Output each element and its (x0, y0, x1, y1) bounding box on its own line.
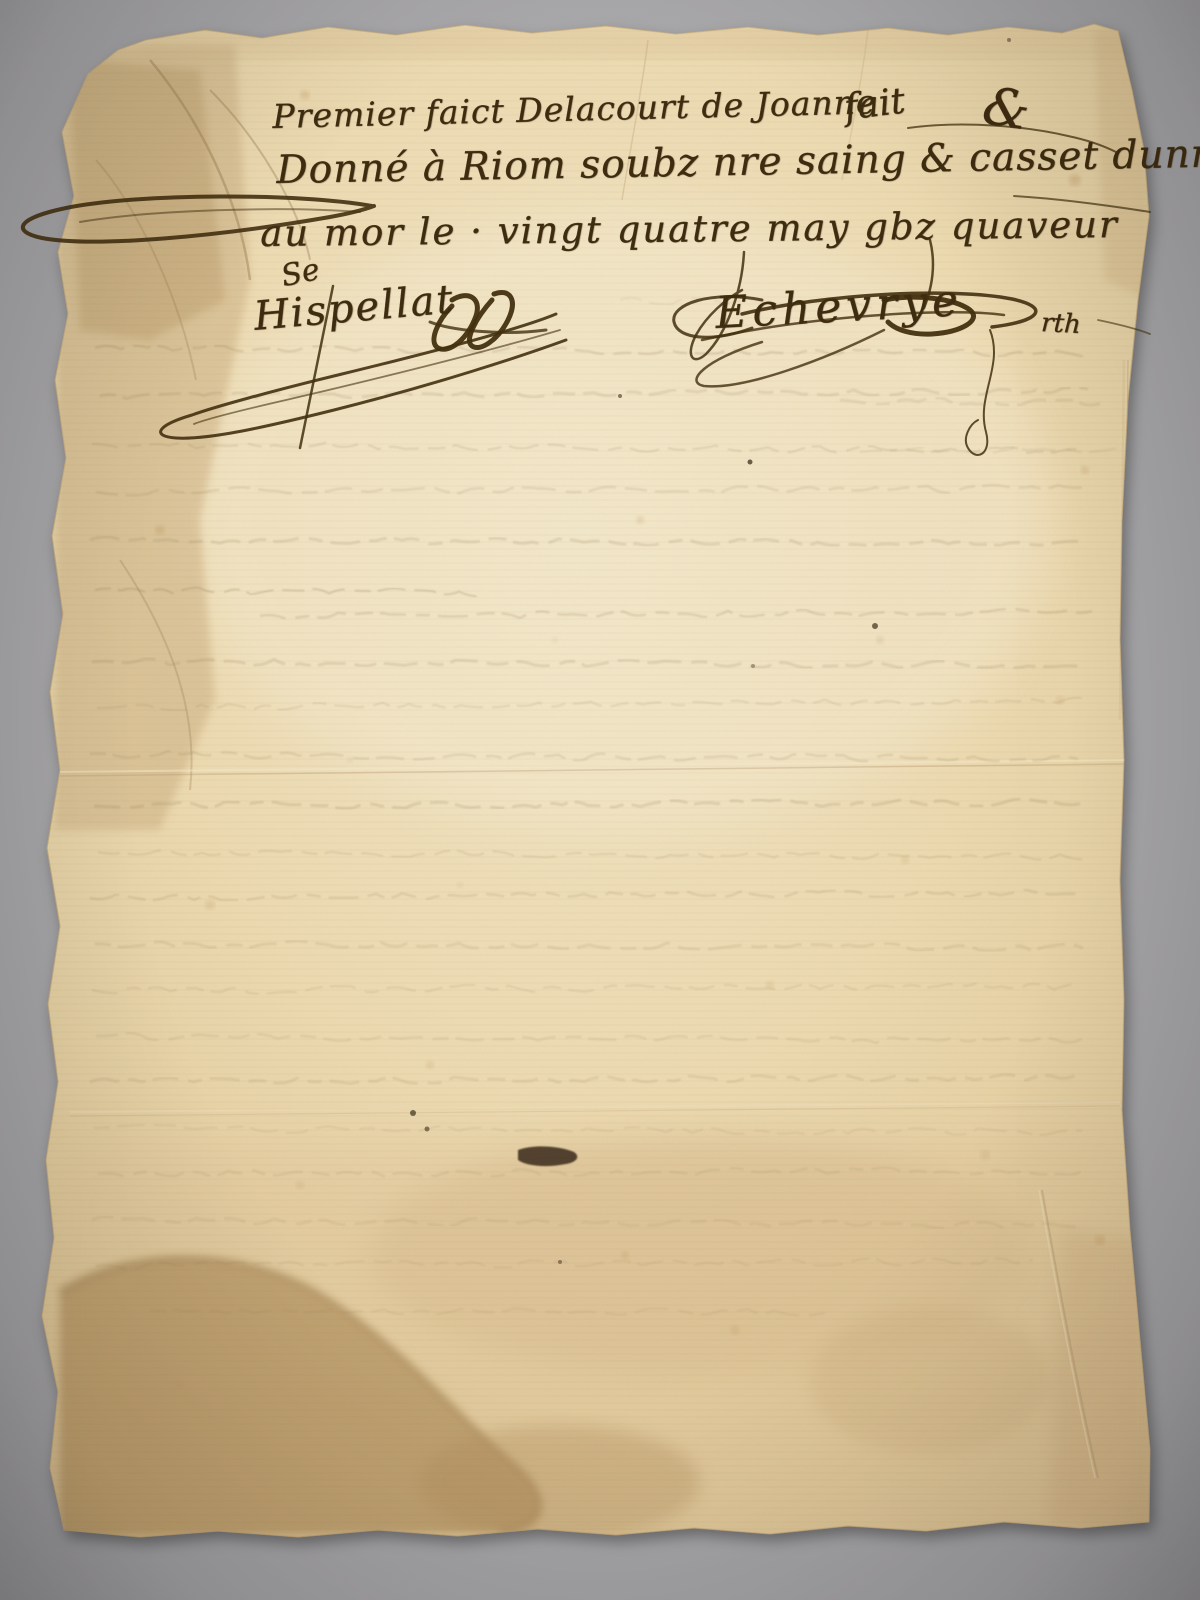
right-signature-suffix: rth (1040, 308, 1081, 340)
ampersand-flourish: & (979, 76, 1034, 143)
photo-stage: Premier faict Delacourt de Joanne fait &… (0, 0, 1200, 1600)
manuscript-line-3: au mor le · vingt quatre may gbz quaveur (260, 203, 1119, 255)
manuscript-line-1-suffix: fait (842, 81, 907, 129)
